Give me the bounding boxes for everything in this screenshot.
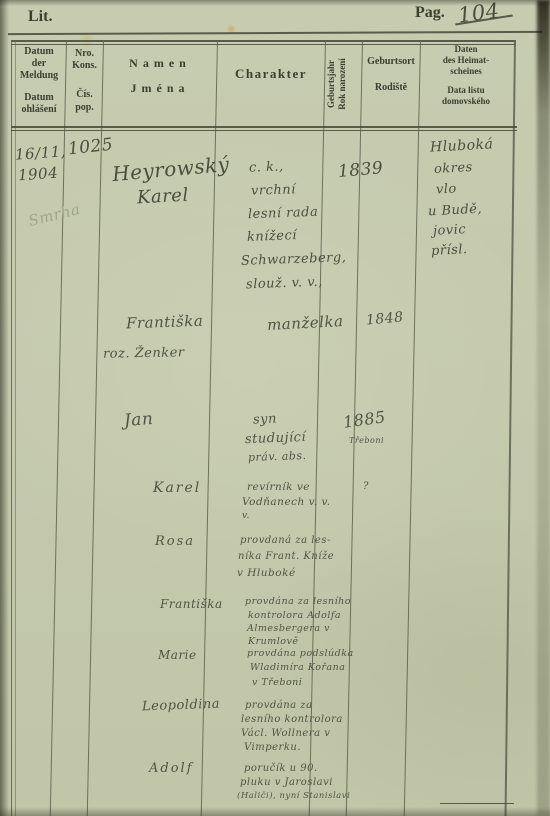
entry-charakter-line: (Haliči), nyní Stanislavi xyxy=(237,791,350,801)
entry-kons-number: 1025 xyxy=(67,135,114,160)
entry-charakter-line: syn xyxy=(253,411,278,427)
entry-charakter-line: v Hluboké xyxy=(237,567,296,579)
table-border-left xyxy=(11,40,12,816)
header-heimatschein-cs: Data listu domovského xyxy=(420,85,512,107)
entry-birth-place: Třeboni xyxy=(349,436,384,445)
entry-charakter-line: Václ. Wollnera v xyxy=(241,728,330,739)
entry-charakter-line: Krumlově xyxy=(248,636,299,647)
page-edge-shadow-left xyxy=(0,0,9,816)
table-border-top xyxy=(11,40,516,42)
entry-birth-year: 1848 xyxy=(365,309,404,328)
entry-heimatschein-line: Hluboká xyxy=(430,136,494,155)
entry-date-line: 16/11, xyxy=(14,142,66,164)
header-text: pop. xyxy=(66,101,103,114)
top-rule xyxy=(8,31,542,35)
entry-charakter-line: pluku v Jaroslavi xyxy=(240,777,333,788)
entry-charakter-line: lesního kontrolora xyxy=(241,714,343,725)
entry-charakter-line: v. xyxy=(242,511,250,521)
header-rule-inner xyxy=(11,130,517,131)
header-nro-de: Nro. Kons. xyxy=(66,48,103,72)
entry-name: Karel xyxy=(153,480,201,496)
page-edge-shadow-right xyxy=(537,0,550,816)
entry-charakter-line: provdána za xyxy=(245,700,313,711)
entry-name: roz. Ženker xyxy=(103,345,185,361)
entry-charakter-line: v Třeboni xyxy=(252,677,302,688)
entry-name: Františka xyxy=(160,597,223,611)
entry-name: Marie xyxy=(158,648,197,662)
header-text: Meldung xyxy=(12,70,66,82)
entry-charakter-line: poručík u 90. xyxy=(244,763,318,774)
header-text: Jména xyxy=(103,81,217,96)
header-text: Daten xyxy=(420,44,512,55)
header-text: domovského xyxy=(420,96,512,107)
entry-charakter-line: níka Frant. Kníže xyxy=(238,551,334,562)
entry-charakter-line: provdaná za les- xyxy=(240,535,331,546)
header-namen-cs: Jména xyxy=(103,81,217,96)
header-text: Nro. xyxy=(66,48,103,60)
header-text: Rok narození xyxy=(337,42,348,126)
entry-birth-year: 1885 xyxy=(342,407,387,432)
entry-name: Leopoldina xyxy=(142,697,221,715)
row-divider xyxy=(440,803,514,804)
header-rule xyxy=(11,126,517,128)
entry-charakter-line: provdána podslúdka xyxy=(247,648,354,659)
pag-label: Pag. xyxy=(415,4,445,22)
entry-heimatschein-line: u Budě, xyxy=(428,202,483,220)
entry-charakter-line: studující xyxy=(245,430,307,447)
header-text: Geburtsort xyxy=(362,56,420,67)
header-text: Namen xyxy=(103,56,217,71)
header-text: Čís. xyxy=(66,88,103,101)
header-geburtsort-de: Geburtsort xyxy=(362,56,420,67)
page-edge-shadow-bottom xyxy=(0,807,550,816)
entry-name: Rosa xyxy=(155,534,195,549)
header-geburtsjahr: Geburtsjahr Rok narození xyxy=(325,42,362,126)
entry-charakter-line: manželka xyxy=(267,312,344,334)
header-charakter: Charakter xyxy=(217,66,325,82)
header-text: Charakter xyxy=(217,66,325,82)
header-text: Rodiště xyxy=(362,82,420,93)
header-text: Datum xyxy=(12,46,66,58)
entry-charakter-line: vrchní xyxy=(251,182,296,199)
entry-name: Karel xyxy=(136,185,189,209)
header-text: Geburtsjahr xyxy=(326,42,337,126)
entry-heimatschein-line: vlo xyxy=(436,181,458,197)
header-text: des Heimat- xyxy=(420,55,512,66)
entry-heimatschein-line: okres xyxy=(434,160,474,177)
entry-name: Heyrowský xyxy=(111,152,230,186)
lit-label: Lit. xyxy=(28,8,52,26)
entry-birth-year: 1839 xyxy=(337,158,384,182)
entry-heimatschein-line: přísl. xyxy=(431,242,468,259)
table-border-right xyxy=(505,40,516,816)
entry-charakter-line: Almesbergera v xyxy=(247,623,330,634)
entry-date-line: 1904 xyxy=(17,164,58,185)
header-datum-cs: Datum ohlášení xyxy=(12,92,66,116)
header-heimatschein-de: Daten des Heimat- scheines xyxy=(420,44,512,77)
header-namen-de: Namen xyxy=(103,56,217,71)
ledger-page: Lit. Pag. 104 Datum der Meldung Datum oh… xyxy=(0,0,550,816)
entry-name: Adolf xyxy=(149,761,194,776)
entry-name: Františka xyxy=(126,312,204,333)
header-text: der xyxy=(12,58,66,70)
entry-charakter-line: Vodňanech v. v. xyxy=(242,496,331,508)
header-text: scheines xyxy=(420,66,512,77)
entry-charakter-line: c. k., xyxy=(249,159,284,175)
header-datum-de: Datum der Meldung xyxy=(12,46,66,82)
column-divider-geburtsort xyxy=(404,40,421,816)
header-geburtsort-cs: Rodiště xyxy=(362,82,420,93)
entry-name: Jan xyxy=(123,409,154,431)
entry-charakter-line: kontrolora Adolfa xyxy=(248,610,341,621)
entry-charakter-line: slouž. v. v., xyxy=(246,275,323,293)
entry-charakter-line: provdána za lesního xyxy=(245,596,351,607)
entry-charakter-line: lesní rada xyxy=(248,205,319,222)
header-text: Data listu xyxy=(420,85,512,96)
header-text: Kons. xyxy=(66,60,103,72)
entry-heimatschein-line: jovic xyxy=(433,222,467,239)
header-text: ohlášení xyxy=(12,104,66,116)
entry-birth-year: ? xyxy=(363,481,369,492)
entry-charakter-line: knížecí xyxy=(247,228,297,245)
entry-charakter-line: Vimperku. xyxy=(244,742,301,753)
pencil-note: Smrha xyxy=(27,200,83,230)
entry-charakter-line: revírník ve xyxy=(247,481,310,493)
entry-charakter-line: práv. abs. xyxy=(248,449,307,464)
entry-charakter-line: Schwarzeberg, xyxy=(241,250,347,269)
header-nro-cs: Čís. pop. xyxy=(66,88,103,114)
header-text: Datum xyxy=(12,92,66,104)
entry-charakter-line: Wladimíra Kořana xyxy=(250,662,345,673)
